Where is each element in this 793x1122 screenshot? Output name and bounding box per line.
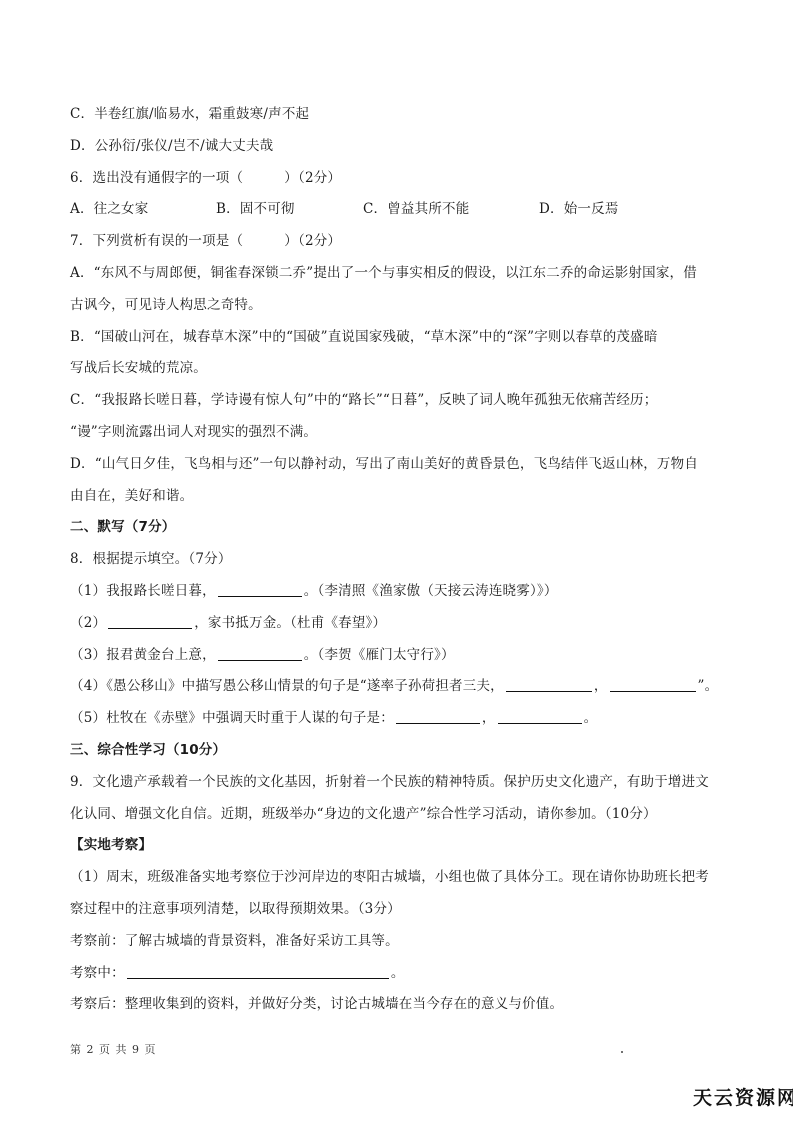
watermark-logo: 天云资源网 <box>693 1083 793 1110</box>
q7-option-a-line1: A．“东风不与周郎便，铜雀春深锁二乔”提出了一个与事实相反的假设，以江东二乔的命… <box>70 258 730 290</box>
q8-4-comma: ， <box>594 678 608 694</box>
q8-5-comma: ， <box>482 710 496 726</box>
question-9-line2: 化认同、增强文化自信。近期，班级举办“身边的文化遗产”综合性学习活动，请你参加。… <box>70 799 730 831</box>
q8-3-source: 。（李贺《雁门太守行》） <box>304 647 455 663</box>
q8-2-blank[interactable] <box>108 614 192 629</box>
q6-option-a: A．往之女家 <box>70 194 216 226</box>
q8-item-4: （4）《愚公移山》中描写愚公移山情景的句子是“遂率子孙荷担者三夫，，”。 <box>70 671 730 703</box>
question-9-line1: 9．文化遗产承载着一个民族的文化基因，折射着一个民族的精神特质。保护历史文化遗产… <box>70 767 730 799</box>
during-label: 考察中： <box>70 965 125 981</box>
q7-option-b-line1: B．“国破山河在，城春草木深”中的“国破”直说国家残破，“草木深”中的“深”字则… <box>70 322 730 354</box>
q8-5-end: 。 <box>584 710 598 726</box>
question-7: 7．下列赏析有误的一项是（ ）（2分） <box>70 226 730 258</box>
q8-4-prompt: （4）《愚公移山》中描写愚公移山情景的句子是“遂率子孙荷担者三夫， <box>70 678 504 694</box>
after-fieldwork: 考察后：整理收集到的资料，并做好分类，讨论古城墙在当今存在的意义与价值。 <box>70 989 730 1021</box>
q8-3-prompt: （3）报君黄金台上意， <box>70 647 216 663</box>
q9-sub1-line2: 察过程中的注意事项列清楚，以取得预期效果。（3分） <box>70 894 730 926</box>
page-indicator: 第 2 页 共 9 页 <box>70 1041 156 1057</box>
q9-sub1-line1: （1）周末，班级准备实地考察位于沙河岸边的枣阳古城墙，小组也做了具体分工。现在请… <box>70 862 730 894</box>
question-6: 6．选出没有通假字的一项（ ）（2分） <box>70 163 730 195</box>
q6-option-b: B．固不可彻 <box>216 194 363 226</box>
q8-4-blank-1[interactable] <box>506 677 592 692</box>
q5-option-c: C．半卷红旗/临易水，霜重鼓寒/声不起 <box>70 99 730 131</box>
q8-item-1: （1）我报路长嗟日暮，。（李清照《渔家傲（天接云涛连晓雾）》） <box>70 576 730 608</box>
q8-item-5: （5）杜牧在《赤壁》中强调天时重于人谋的句子是：，。 <box>70 703 730 735</box>
fieldwork-heading: 【实地考察】 <box>70 830 730 862</box>
section-3-heading: 三、综合性学习（10分） <box>70 735 730 767</box>
q8-4-blank-2[interactable] <box>610 677 696 692</box>
q8-5-blank-2[interactable] <box>498 709 582 724</box>
q8-5-blank-1[interactable] <box>396 709 480 724</box>
q8-1-prompt: （1）我报路长嗟日暮， <box>70 583 216 599</box>
question-6-options: A．往之女家 B．固不可彻 C．曾益其所不能 D．始一反焉 <box>70 194 730 226</box>
question-8: 8．根据提示填空。（7分） <box>70 544 730 576</box>
before-fieldwork: 考察前：了解古城墙的背景资料，准备好采访工具等。 <box>70 926 730 958</box>
q8-item-3: （3）报君黄金台上意，。（李贺《雁门太守行》） <box>70 640 730 672</box>
q8-1-source: 。（李清照《渔家傲（天接云涛连晓雾）》） <box>304 583 558 599</box>
q7-option-b-line2: 写战后长安城的荒凉。 <box>70 353 730 385</box>
q8-2-prompt: （2） <box>70 615 106 631</box>
during-blank[interactable] <box>127 964 389 979</box>
section-2-heading: 二、默写（7分） <box>70 512 730 544</box>
q8-1-blank[interactable] <box>218 582 302 597</box>
q8-4-end: ”。 <box>698 678 719 694</box>
q8-5-prompt: （5）杜牧在《赤壁》中强调天时重于人谋的句子是： <box>70 710 394 726</box>
q7-option-d-line2: 由自在，美好和谐。 <box>70 481 730 513</box>
q7-option-c-line2: “谩”字则流露出词人对现实的强烈不满。 <box>70 417 730 449</box>
q7-option-c-line1: C．“我报路长嗟日暮，学诗谩有惊人句”中的“路长”“日暮”，反映了词人晚年孤独无… <box>70 385 730 417</box>
q8-2-source: ，家书抵万金。（杜甫《春望》） <box>194 615 386 631</box>
exam-page-content: C．半卷红旗/临易水，霜重鼓寒/声不起 D．公孙衍/张仪/岂不/诚大丈夫哉 6．… <box>70 99 730 1021</box>
during-end: 。 <box>391 965 405 981</box>
q7-option-a-line2: 古讽今，可见诗人构思之奇特。 <box>70 290 730 322</box>
q7-option-d-line1: D．“山气日夕佳，飞鸟相与还”一句以静衬动，写出了南山美好的黄昏景色，飞鸟结伴飞… <box>70 449 730 481</box>
q8-item-2: （2），家书抵万金。（杜甫《春望》） <box>70 608 730 640</box>
footer-dot <box>621 1051 623 1053</box>
q5-option-d: D．公孙衍/张仪/岂不/诚大丈夫哉 <box>70 131 730 163</box>
q6-option-d: D．始一反焉 <box>539 194 619 226</box>
q8-3-blank[interactable] <box>218 646 302 661</box>
q6-option-c: C．曾益其所不能 <box>363 194 539 226</box>
during-fieldwork: 考察中：。 <box>70 958 730 990</box>
